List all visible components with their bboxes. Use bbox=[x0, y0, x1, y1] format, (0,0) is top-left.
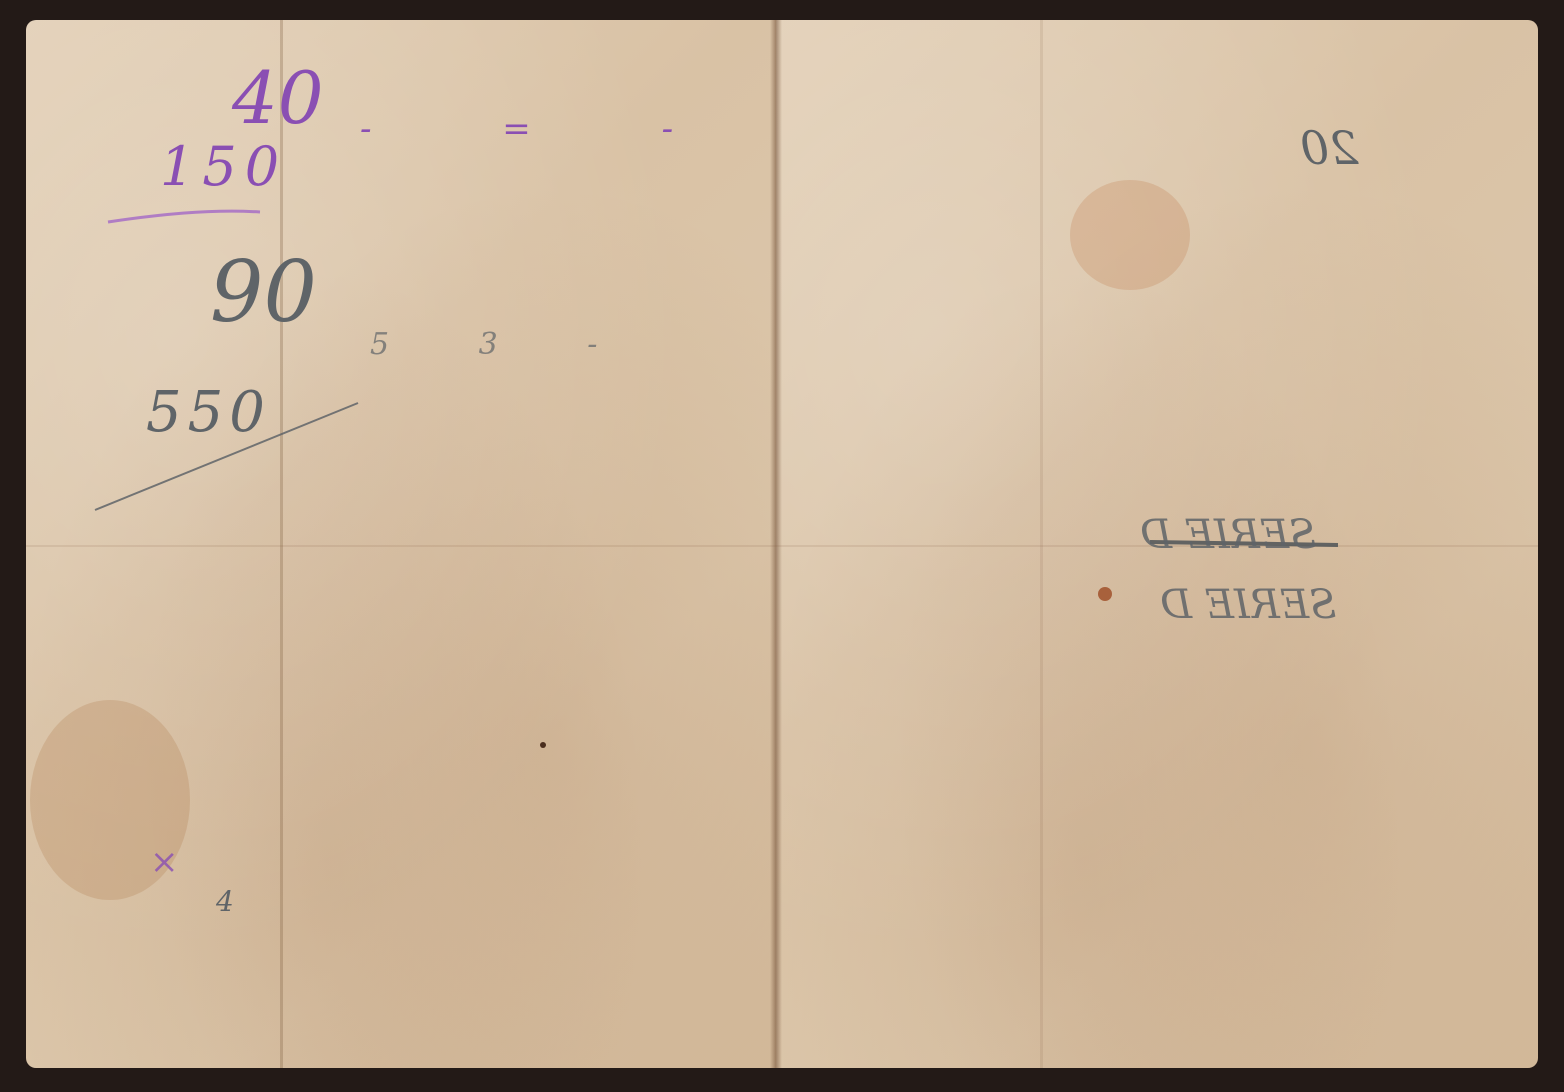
purple-mark-bottom: × bbox=[150, 845, 179, 879]
mirrored-stamp: SERIE D bbox=[1160, 585, 1337, 625]
purple-number-40: 40 bbox=[232, 62, 324, 134]
mirrored-stamp-crossed: SERIE D bbox=[1140, 515, 1317, 555]
pencil-number-90: 90 bbox=[210, 250, 317, 334]
pencil-number-20: 20 bbox=[1300, 125, 1359, 171]
pencil-number-550: 550 bbox=[146, 385, 271, 441]
purple-number-150: 150 bbox=[160, 140, 287, 194]
mirrored-20: 20 bbox=[1300, 125, 1359, 171]
stamp-serie-d: SERIE D bbox=[1160, 585, 1337, 625]
purple-dashes: - = - bbox=[360, 112, 733, 146]
stamp-serie-d-crossed: SERIE D bbox=[1140, 515, 1317, 555]
pencil-mark-bottom: 4 bbox=[216, 888, 234, 916]
pencil-faint-row: 5 3 - bbox=[370, 330, 637, 360]
